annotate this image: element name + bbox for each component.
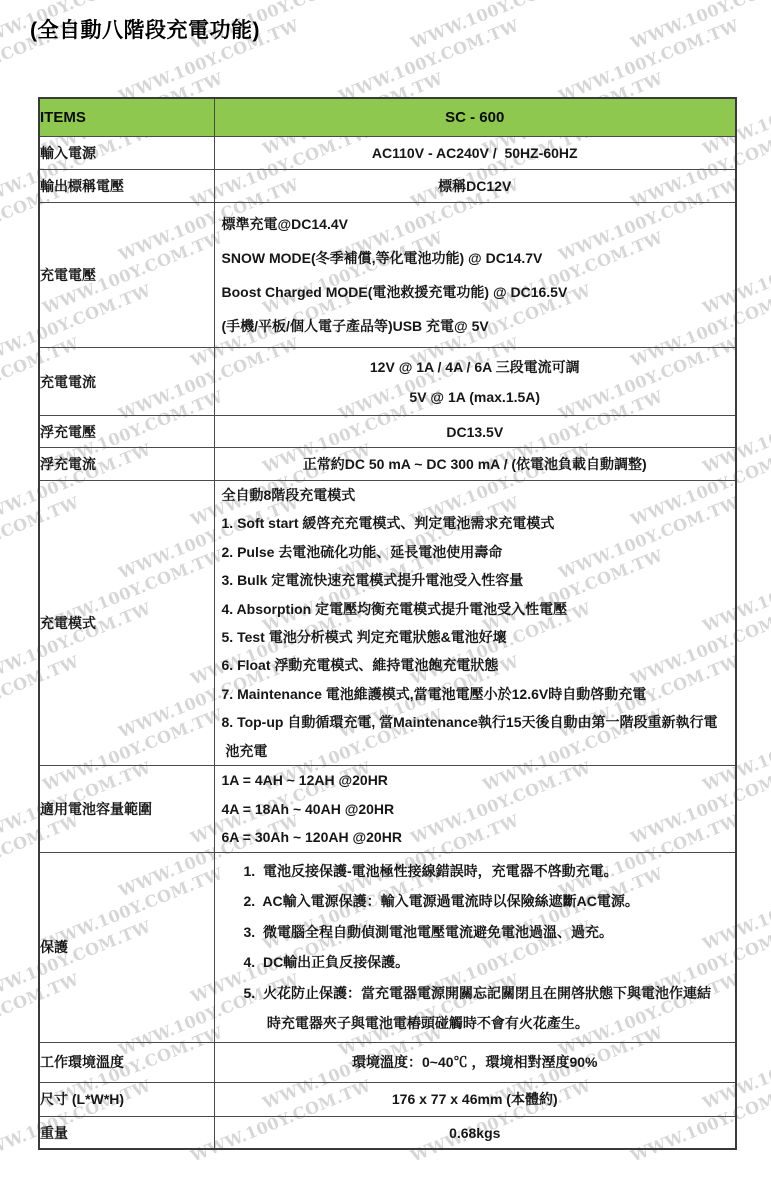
row-label-cell: 充電電流: [39, 348, 214, 416]
value-line: 3. Bulk 定電流快速充電模式提升電池受入性容量: [215, 566, 736, 594]
row-value-cell: 全自動8階段充電模式1. Soft start 緩啓充充電模式、判定電池需求充電…: [214, 481, 736, 766]
row-label-cell: 浮充電流: [39, 448, 214, 481]
spec-row: 工作環境溫度環境溫度：0~40℃ ，環境相對溼度90%: [39, 1042, 736, 1082]
value-line: SNOW MODE(冬季補償,等化電池功能) @ DC14.7V: [215, 241, 736, 275]
spec-row: 充電電壓標準充電@DC14.4VSNOW MODE(冬季補償,等化電池功能) @…: [39, 203, 736, 348]
value-line: 0.68kgs: [215, 1125, 736, 1141]
header-items-cell: ITEMS: [39, 98, 214, 137]
row-value-cell: 12V @ 1A / 4A / 6A 三段電流可調5V @ 1A (max.1.…: [214, 348, 736, 416]
value-line: 5. Test 電池分析模式 判定充電狀態&電池好壞: [215, 623, 736, 651]
value-line: 176 x 77 x 46mm (本體約): [215, 1089, 736, 1109]
value-line: 時充電器夾子與電池電樁頭碰觸時不會有火花產生。: [215, 1008, 736, 1039]
value-line: 1. 電池反接保護-電池極性接線錯誤時，充電器不啓動充電。: [215, 856, 736, 887]
spec-row: 充電電流12V @ 1A / 4A / 6A 三段電流可調5V @ 1A (ma…: [39, 348, 736, 416]
value-line: 標準充電@DC14.4V: [215, 207, 736, 241]
header-model-cell: SC - 600: [214, 98, 736, 137]
value-line: AC110V - AC240V / 50HZ-60HZ: [215, 145, 736, 161]
value-line: 環境溫度：0~40℃ ，環境相對溼度90%: [215, 1052, 736, 1072]
spec-table-body: ITEMS SC - 600 輸入電源AC110V - AC240V / 50H…: [39, 98, 736, 1149]
row-label-cell: 適用電池容量範圍: [39, 766, 214, 853]
value-line: 1. Soft start 緩啓充充電模式、判定電池需求充電模式: [215, 509, 736, 537]
value-line: 4. Absorption 定電壓均衡充電模式提升電池受入性電壓: [215, 595, 736, 623]
row-value-cell: 標稱DC12V: [214, 170, 736, 203]
value-line: 12V @ 1A / 4A / 6A 三段電流可調: [215, 352, 736, 382]
value-line: 全自動8階段充電模式: [215, 481, 736, 509]
row-value-cell: DC13.5V: [214, 416, 736, 448]
value-line: DC13.5V: [215, 424, 736, 440]
value-line: 6A = 30Ah ~ 120AH @20HR: [215, 823, 736, 852]
value-line: 正常約DC 50 mA ~ DC 300 mA / (依電池負載自動調整): [215, 454, 736, 474]
watermark-text: WWW.100Y.COM.TW: [628, 0, 771, 53]
spec-row: 保護1. 電池反接保護-電池極性接線錯誤時，充電器不啓動充電。2. AC輸入電源…: [39, 852, 736, 1042]
row-label-cell: 保護: [39, 852, 214, 1042]
value-line: 標稱DC12V: [215, 176, 736, 196]
row-label-cell: 重量: [39, 1116, 214, 1149]
row-label-cell: 輸入電源: [39, 137, 214, 170]
value-line: 池充電: [215, 737, 736, 765]
row-value-cell: 標準充電@DC14.4VSNOW MODE(冬季補償,等化電池功能) @ DC1…: [214, 203, 736, 348]
value-line: 1A = 4AH ~ 12AH @20HR: [215, 766, 736, 795]
row-value-cell: AC110V - AC240V / 50HZ-60HZ: [214, 137, 736, 170]
spec-row: 浮充電壓DC13.5V: [39, 416, 736, 448]
spec-row: 重量0.68kgs: [39, 1116, 736, 1149]
value-line: (手機/平板/個人電子產品等)USB 充電@ 5V: [215, 309, 736, 343]
value-line: 4A = 18Ah ~ 40AH @20HR: [215, 795, 736, 824]
value-line: 7. Maintenance 電池維護模式,當電池電壓小於12.6V時自動啓動充…: [215, 680, 736, 708]
row-label-cell: 輸出標稱電壓: [39, 170, 214, 203]
row-value-cell: 1A = 4AH ~ 12AH @20HR4A = 18Ah ~ 40AH @2…: [214, 766, 736, 853]
spec-row: 輸入電源AC110V - AC240V / 50HZ-60HZ: [39, 137, 736, 170]
table-header-row: ITEMS SC - 600: [39, 98, 736, 137]
row-value-cell: 環境溫度：0~40℃ ，環境相對溼度90%: [214, 1042, 736, 1082]
row-label-cell: 浮充電壓: [39, 416, 214, 448]
value-line: 8. Top-up 自動循環充電, 當Maintenance執行15天後自動由第…: [215, 708, 736, 736]
row-value-cell: 正常約DC 50 mA ~ DC 300 mA / (依電池負載自動調整): [214, 448, 736, 481]
row-label-cell: 充電模式: [39, 481, 214, 766]
value-line: 2. AC輸入電源保護：輸入電源過電流時以保險絲遮斷AC電源。: [215, 886, 736, 917]
value-line: 6. Float 浮動充電模式、維持電池飽充電狀態: [215, 651, 736, 679]
watermark-text: WWW.100Y.COM.TW: [408, 0, 594, 53]
spec-row: 輸出標稱電壓標稱DC12V: [39, 170, 736, 203]
row-value-cell: 176 x 77 x 46mm (本體約): [214, 1082, 736, 1116]
row-label-cell: 工作環境溫度: [39, 1042, 214, 1082]
watermark-text: WWW.100Y.COM.TW: [556, 16, 742, 106]
page-title: (全自動八階段充電功能): [30, 14, 260, 44]
row-value-cell: 1. 電池反接保護-電池極性接線錯誤時，充電器不啓動充電。2. AC輸入電源保護…: [214, 852, 736, 1042]
value-line: Boost Charged MODE(電池救援充電功能) @ DC16.5V: [215, 275, 736, 309]
value-line: 3. 微電腦全程自動偵測電池電壓電流避免電池過溫、過充。: [215, 917, 736, 948]
spec-row: 適用電池容量範圍1A = 4AH ~ 12AH @20HR4A = 18Ah ~…: [39, 766, 736, 853]
row-label-cell: 尺寸 (L*W*H): [39, 1082, 214, 1116]
row-value-cell: 0.68kgs: [214, 1116, 736, 1149]
watermark-text: WWW.100Y.COM.TW: [336, 16, 522, 106]
spec-table: ITEMS SC - 600 輸入電源AC110V - AC240V / 50H…: [38, 97, 737, 1150]
spec-row: 尺寸 (L*W*H)176 x 77 x 46mm (本體約): [39, 1082, 736, 1116]
value-line: 5V @ 1A (max.1.5A): [215, 382, 736, 412]
spec-row: 浮充電流正常約DC 50 mA ~ DC 300 mA / (依電池負載自動調整…: [39, 448, 736, 481]
spec-row: 充電模式全自動8階段充電模式1. Soft start 緩啓充充電模式、判定電池…: [39, 481, 736, 766]
value-line: 5. 火花防止保護：當充電器電源開關忘記關閉且在開啓狀態下與電池作連結: [215, 978, 736, 1009]
value-line: 2. Pulse 去電池硫化功能、延長電池使用壽命: [215, 538, 736, 566]
value-line: 4. DC輸出正負反接保護。: [215, 947, 736, 978]
row-label-cell: 充電電壓: [39, 203, 214, 348]
